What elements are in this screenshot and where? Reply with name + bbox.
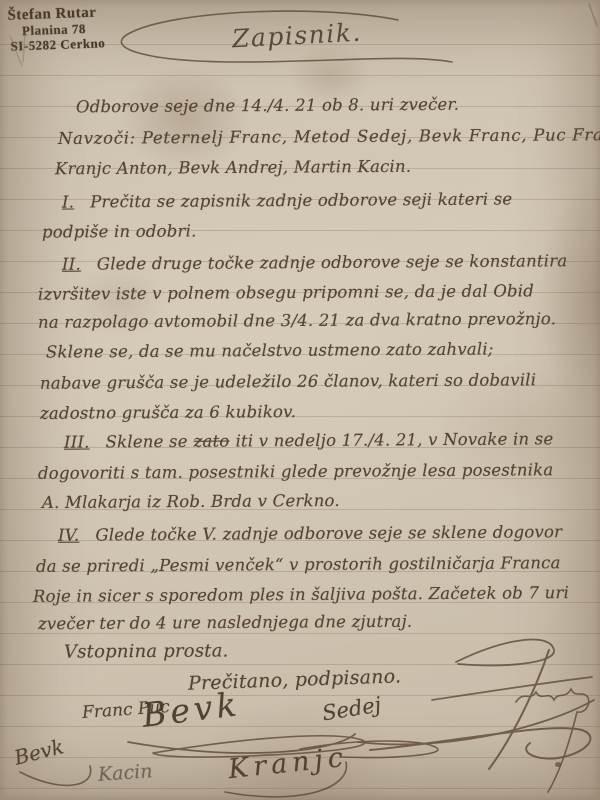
- signature-right-loop: [456, 640, 554, 666]
- signature-kacin: Kacin: [97, 760, 153, 786]
- section-2-line-2: izvršitev iste v polnem obsegu pripomni …: [38, 281, 534, 303]
- signature-right-squiggle: [516, 689, 589, 792]
- section-2-text: Glede druge točke zadnje odborove seje s…: [97, 251, 568, 273]
- signature-bevk-large: Bevk: [140, 684, 242, 735]
- section-4-line-4: zvečer ter do 4 ure naslednjega dne zjut…: [38, 612, 412, 634]
- section-1-line-2: podpiše in odobri.: [42, 221, 197, 241]
- section-2-line-6: zadostno grušča za 6 kubikov.: [40, 402, 296, 423]
- section-4-text: Glede točke V. zadnje odborove seje se s…: [95, 522, 562, 544]
- document-title: Zapisnik.: [231, 18, 362, 54]
- signature-kranjc: Kranjc: [227, 742, 350, 785]
- attendees-line-1: Navzoči: Peternelj Franc, Metod Sedej, B…: [58, 125, 600, 148]
- section-1-numeral: I.: [62, 192, 74, 211]
- section-4-numeral: IV.: [58, 526, 80, 545]
- signature-middle-swoosh: [358, 700, 594, 744]
- attendees-line-2: Kranjc Anton, Bevk Andrej, Martin Kacin.: [55, 157, 411, 178]
- section-2-line-4: Sklene se, da se mu načelstvo ustmeno za…: [46, 339, 494, 361]
- ink-speck: [555, 762, 561, 767]
- section-2-line-3: na razpolago avtomobil dne 3/4. 21 za dv…: [38, 309, 556, 332]
- signature-right-stem: [489, 650, 549, 769]
- section-2-line-5: nabave grušča se je udeležilo 26 članov,…: [40, 370, 536, 392]
- section-4-line-2: da se priredi „Pesmi venček“ v prostorih…: [36, 553, 561, 576]
- signature-sedej: Sedej: [320, 693, 382, 726]
- section-3-numeral: III.: [64, 433, 90, 452]
- section-4-line-1: IV.Glede točke V. zadnje odborove seje s…: [58, 522, 562, 545]
- intro-line: Odborove seje dne 14./4. 21 ob 8. uri zv…: [76, 95, 459, 117]
- scanned-document-page: Štefan Rutar Planina 78 SI-5282 Cerkno Z…: [0, 0, 600, 800]
- section-1-text: Prečita se zapisnik zadnje odborove seji…: [90, 189, 512, 211]
- section-3-line-2: dogovoriti s tam. posestniki glede prevo…: [38, 460, 554, 483]
- section-3-line-3: A. Mlakarja iz Rob. Brda v Cerkno.: [42, 491, 340, 512]
- section-3-text-pre: Sklene se: [106, 432, 188, 452]
- stamp-city: SI-5282 Cerkno: [8, 36, 105, 54]
- section-1-line-1: I.Prečita se zapisnik zadnje odborove se…: [62, 189, 512, 211]
- signature-right-bottom-swoosh: [370, 728, 590, 758]
- section-3-line-1: III.Sklene sezatoiti v nedeljo 17./4. 21…: [64, 429, 553, 451]
- section-2-numeral: II.: [62, 255, 81, 274]
- section-3-text-post: iti v nedeljo 17./4. 21, v Novake in se: [235, 429, 553, 450]
- closing-line-1: Vstopnina prosta.: [64, 640, 229, 662]
- section-2-line-1: II.Glede druge točke zadnje odborove sej…: [62, 251, 567, 274]
- address-stamp: Štefan Rutar Planina 78 SI-5282 Cerkno: [7, 4, 105, 54]
- signature-bevk-second: Bevk: [12, 734, 66, 769]
- signature-bevk2-tail: [20, 766, 91, 785]
- section-3-struck-word: zato: [194, 432, 230, 451]
- signature-right-cross-stroke: [432, 677, 592, 700]
- corner-ink-mark: [589, 4, 597, 26]
- section-4-line-3: Roje in sicer s sporedom ples in šaljiva…: [33, 583, 569, 606]
